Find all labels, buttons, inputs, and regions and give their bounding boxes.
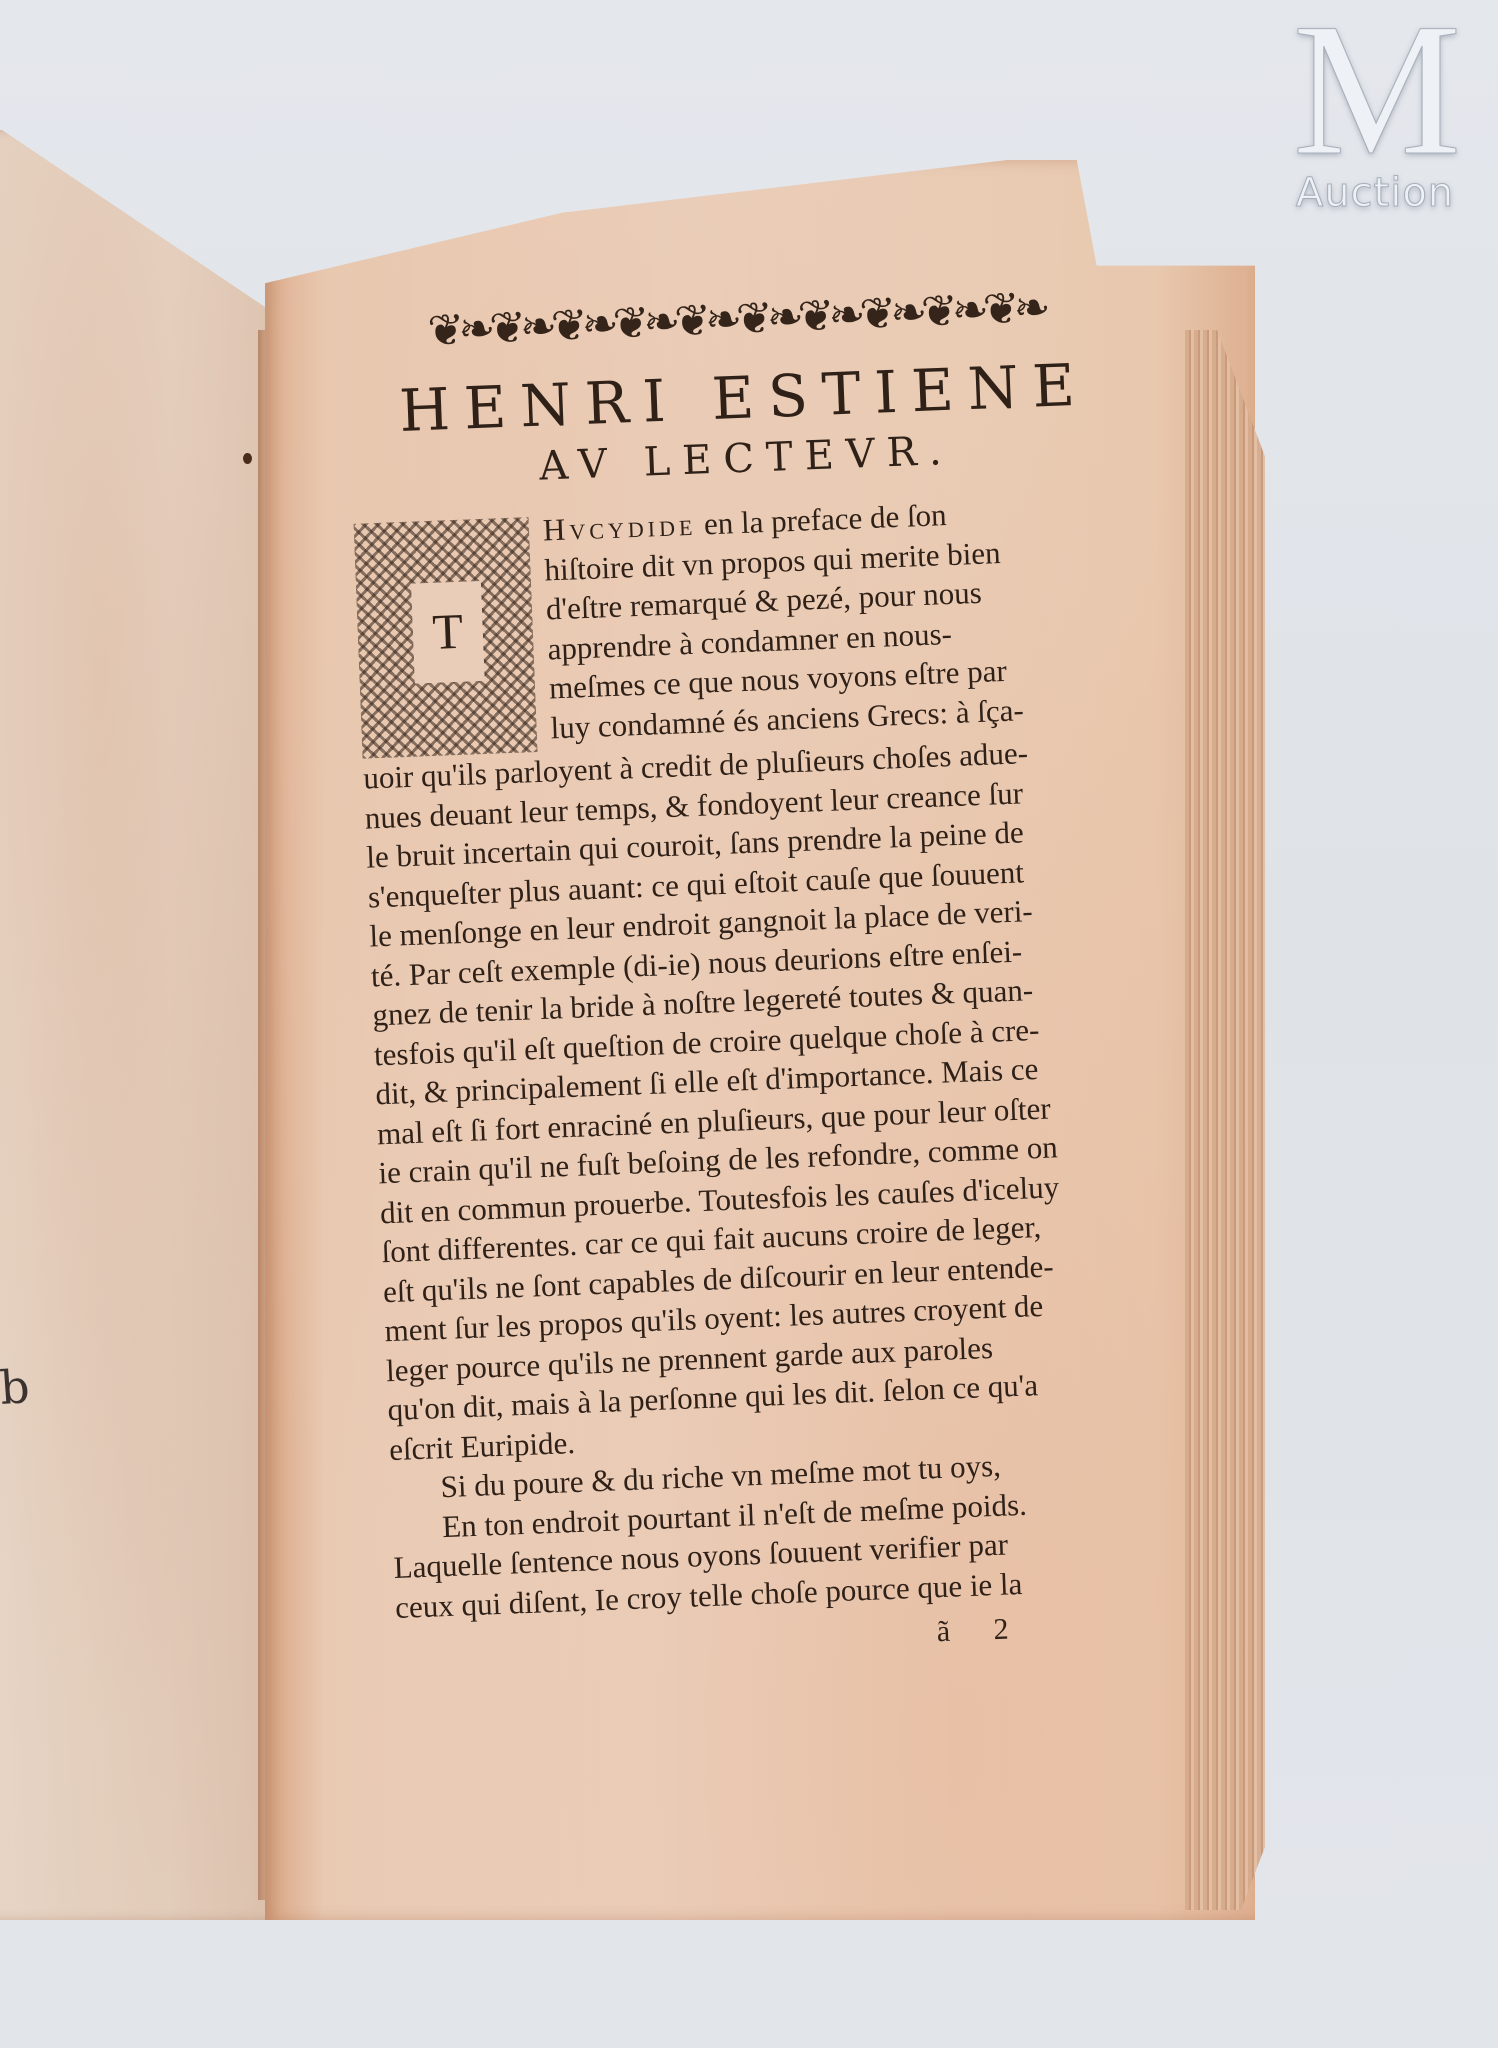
pencil-annotation: b xyxy=(0,1359,31,1415)
auction-watermark-logo: M Auction xyxy=(1270,10,1480,216)
drop-cap-letter: T xyxy=(411,581,485,684)
opening-word: Hvcydide xyxy=(542,507,697,548)
body-text: T Hvcydide en la preface de ſon hiſtoire… xyxy=(353,488,1187,1673)
dropcap-lines: Hvcydide en la preface de ſon hiſtoire d… xyxy=(542,492,1024,751)
ornamental-drop-cap: T xyxy=(354,517,538,759)
ink-spot xyxy=(243,453,252,464)
body-lines: uoir qu'ils parloyent à credit de pluſie… xyxy=(363,728,1180,1469)
watermark-letter: M xyxy=(1270,10,1480,170)
printed-text-block: ❦❧❦❧❦❧❦❧❦❧❦❧❦❧❦❧❦❧❦❧ HENRI ESTIENE AV LE… xyxy=(345,270,1187,1673)
text-line-content: en la preface de ſon xyxy=(696,497,948,542)
page-edges xyxy=(1185,330,1265,1910)
watermark-word: Auction xyxy=(1270,170,1480,216)
opening-paragraph: T Hvcydide en la preface de ſon hiſtoire… xyxy=(353,488,1152,759)
